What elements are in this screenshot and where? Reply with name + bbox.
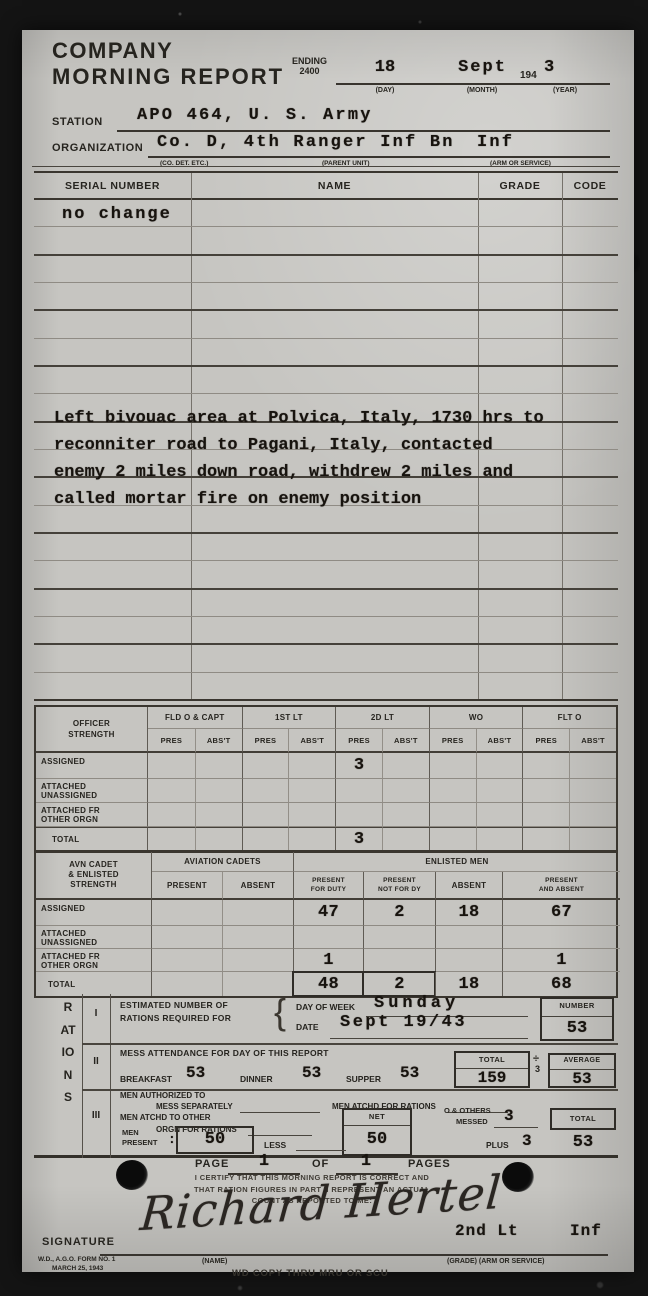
officer-cell (476, 779, 523, 803)
officer-cell (382, 803, 429, 827)
officer-sub-abst: ABS'T (569, 729, 616, 753)
rations-section: RATIONS I II III ESTIMATED NUMBER OF RAT… (34, 994, 618, 1158)
rations-vertical-label: RATIONS (60, 996, 76, 1109)
estimated-rations-l2: RATIONS REQUIRED FOR (120, 1013, 231, 1023)
date-value: Sept 19/43 (340, 1013, 467, 1032)
officer-cell (242, 779, 289, 803)
col-pa-l1: PRESENT (545, 876, 578, 885)
form-number: W.D., A.G.O. FORM NO. 1 (38, 1256, 115, 1263)
enlisted-row-label-total: TOTAL (36, 972, 152, 996)
officer-cell (242, 753, 289, 779)
officer-cell (429, 753, 476, 779)
officer-cell (429, 779, 476, 803)
officer-cell (569, 753, 616, 779)
average-box: AVERAGE 53 (548, 1053, 616, 1088)
enlisted-corner-l2: & ENLISTED (68, 870, 119, 880)
station-label: STATION (52, 116, 103, 128)
officer-sub-abst: ABS'T (195, 729, 242, 753)
estimated-rations-l1: ESTIMATED NUMBER OF (120, 1000, 228, 1010)
officer-corner-l2: STRENGTH (68, 729, 114, 740)
roster-header-code: CODE (562, 173, 618, 198)
enlisted-row-label-assigned: ASSIGNED (36, 900, 152, 926)
roster-table: SERIAL NUMBER NAME GRADE CODE (34, 171, 618, 701)
narrative-line-3: enemy 2 miles down road, withdrew 2 mile… (54, 463, 513, 482)
number-label: NUMBER (542, 999, 612, 1017)
others-value: 3 (504, 1107, 514, 1125)
officer-cell-total-2dlt-pres: 3 (335, 827, 382, 851)
enlisted-cell (152, 926, 222, 949)
enlisted-cell-assigned-pnfd: 2 (363, 900, 435, 926)
officer-row-label-attached-fr: ATTACHED FR OTHER ORGN (36, 803, 148, 827)
ending-label: ENDING (292, 56, 327, 66)
mess-separately-line (240, 1112, 320, 1113)
station-value: APO 464, U. S. Army (137, 106, 373, 125)
officer-cell (429, 803, 476, 827)
officer-cell (288, 779, 335, 803)
officer-cell (522, 779, 569, 803)
officer-group-flt-o: FLT O (522, 707, 616, 729)
officer-cell (195, 779, 242, 803)
authorized-mess-l1: MEN AUTHORIZED TO (120, 1091, 205, 1100)
roster-row (34, 645, 618, 672)
roster-header-serial: SERIAL NUMBER (34, 173, 191, 198)
mess-attendance-title: MESS ATTENDANCE FOR DAY OF THIS REPORT (120, 1048, 329, 1058)
ending-2400-label: ENDING 2400 (292, 56, 327, 76)
officer-group-1st-lt: 1ST LT (242, 707, 336, 729)
supper-label: SUPPER (346, 1074, 381, 1084)
officer-cell (288, 803, 335, 827)
number-value: 53 (542, 1017, 612, 1038)
rations-total-value: 53 (550, 1133, 616, 1152)
rations-vline-2 (110, 994, 111, 1158)
narrative-line-4: called mortar fire on enemy position (54, 490, 421, 509)
men-present-l2: PRESENT (122, 1138, 157, 1147)
scanned-morning-report: COMPANY MORNING REPORT ENDING 2400 18 (D… (0, 0, 648, 1296)
officer-cell (335, 803, 382, 827)
enlisted-cell-total-absent: 18 (435, 972, 502, 996)
less-line (296, 1150, 346, 1151)
roster-row (34, 283, 618, 311)
rations-hline-1 (82, 1043, 618, 1045)
section-numeral-iii: III (82, 1110, 110, 1121)
breakfast-value: 53 (186, 1064, 205, 1082)
lbl-l2: UNASSIGNED (41, 938, 97, 947)
atchd-other-l1: MEN ATCHD TO OTHER (120, 1113, 211, 1122)
officer-cell (569, 827, 616, 851)
roster-row (34, 561, 618, 589)
punch-hole-left (116, 1160, 148, 1190)
page-number: 1 (234, 1152, 294, 1171)
col-pnfd-l1: PRESENT (383, 876, 416, 885)
plus-value: 3 (522, 1132, 532, 1150)
day-of-week-value: Sunday (374, 994, 459, 1013)
mess-total-box: TOTAL 159 (454, 1051, 530, 1088)
officer-cell (522, 753, 569, 779)
atchd-other-line (248, 1135, 312, 1136)
roster-row (34, 590, 618, 617)
officer-corner-label: OFFICER STRENGTH (36, 707, 148, 753)
roster-row (34, 367, 618, 394)
signature-grade: 2nd Lt (455, 1222, 519, 1240)
others-line (494, 1127, 538, 1128)
year-underline (517, 83, 610, 85)
day-of-week-label: DAY OF WEEK (296, 1002, 355, 1012)
enlisted-cell-assigned-absent: 18 (435, 900, 502, 926)
signature-line (100, 1254, 608, 1256)
enlisted-cell-total-pfd: 48 (293, 972, 363, 996)
officer-cell (148, 803, 195, 827)
mess-total-value: 159 (456, 1069, 528, 1087)
officer-sub-pres: PRES (335, 729, 382, 753)
enlisted-cell (435, 926, 502, 949)
average-label: AVERAGE (550, 1055, 614, 1070)
section-numeral-i: I (82, 1008, 110, 1019)
enlisted-corner-l3: STRENGTH (70, 880, 116, 890)
breakfast-label: BREAKFAST (120, 1074, 172, 1084)
officer-row-label-assigned: ASSIGNED (36, 753, 148, 779)
group-enlisted-men: ENLISTED MEN (293, 852, 620, 872)
col-av-present: PRESENT (152, 872, 222, 900)
roster-header-grade: GRADE (478, 173, 562, 198)
enlisted-cell-assigned-pfd: 47 (293, 900, 363, 926)
officer-cell (476, 827, 523, 851)
roster-row (34, 339, 618, 367)
col-pnfd-l2: NOT FOR DY (378, 885, 421, 894)
lbl-l2: OTHER ORGN (41, 961, 98, 970)
officer-cell-2dlt-pres: 3 (335, 753, 382, 779)
year-prefix: 194 (520, 70, 537, 81)
enlisted-cell (363, 949, 435, 972)
officer-sub-pres: PRES (148, 729, 195, 753)
narrative-line-1: Left bivouac area at Polvica, Italy, 173… (54, 409, 544, 428)
supper-value: 53 (400, 1064, 419, 1082)
dinner-value: 53 (302, 1064, 321, 1082)
enlisted-cell (222, 949, 293, 972)
date-line (330, 1038, 528, 1039)
copy-routing-note: WD COPY THRU MRU OR SCU (232, 1268, 389, 1279)
report-day-value: 18 (340, 58, 430, 77)
enlisted-cell-total-pa: 68 (502, 972, 620, 996)
officer-sub-pres: PRES (522, 729, 569, 753)
officer-cell (242, 827, 289, 851)
enlisted-cell-total-pnfd: 2 (363, 972, 435, 996)
officer-cell (476, 803, 523, 827)
officer-row-label-total: TOTAL (36, 827, 148, 851)
ending-value: 2400 (292, 66, 327, 76)
officer-sub-pres: PRES (429, 729, 476, 753)
net-box: NET 50 (342, 1108, 412, 1156)
signature-arm: Inf (570, 1222, 602, 1240)
number-box: NUMBER 53 (540, 997, 614, 1041)
officer-group-wo: WO (429, 707, 523, 729)
officer-cell (195, 803, 242, 827)
roster-row (34, 673, 618, 699)
enlisted-cell (222, 926, 293, 949)
pages-number: 1 (338, 1152, 394, 1171)
men-present-box: 50 (176, 1126, 254, 1154)
officer-cell (569, 803, 616, 827)
officer-cell (569, 779, 616, 803)
organization-unit-value: Co. D, 4th Ranger Inf Bn (157, 133, 455, 152)
lbl-l2: OTHER ORGN (41, 815, 98, 824)
officer-cell (242, 803, 289, 827)
col-pfd-l1: PRESENT (312, 876, 345, 885)
enlisted-cell-attfr-pa: 1 (502, 949, 620, 972)
enlisted-cell (222, 900, 293, 926)
year-sublabel: (YEAR) (520, 87, 610, 94)
form-paper: COMPANY MORNING REPORT ENDING 2400 18 (D… (22, 30, 634, 1272)
station-underline (117, 130, 610, 132)
officer-cell (382, 827, 429, 851)
roster-row (34, 534, 618, 561)
roster-header-row: SERIAL NUMBER NAME GRADE CODE (34, 173, 618, 200)
net-value: 50 (344, 1126, 410, 1149)
col-present-not-for-dy: PRESENT NOT FOR DY (363, 872, 435, 900)
men-present-colon: : (168, 1132, 176, 1147)
men-present-value: 50 (178, 1128, 252, 1149)
officer-cell (335, 779, 382, 803)
day-underline (336, 83, 434, 85)
rations-total-label: TOTAL (552, 1110, 614, 1123)
men-present-l1: MEN (122, 1128, 139, 1137)
section-numeral-ii: II (82, 1056, 110, 1067)
narrative-line-2: reconniter road to Pagani, Italy, contac… (54, 436, 493, 455)
enlisted-strength-table: AVN CADET & ENLISTED STRENGTH AVIATION C… (34, 850, 618, 998)
net-label: NET (344, 1110, 410, 1126)
authorized-mess-l2: MESS SEPARATELY (156, 1102, 233, 1111)
roster-row (34, 506, 618, 534)
roster-row (34, 227, 618, 255)
others-l1: O & OTHERS (444, 1106, 491, 1115)
officer-cell (148, 827, 195, 851)
officer-cell (382, 779, 429, 803)
officer-sub-abst: ABS'T (382, 729, 429, 753)
officer-row-label-attached-unassigned: ATTACHED UNASSIGNED (36, 779, 148, 803)
date-label: DATE (296, 1022, 319, 1032)
officer-cell (382, 753, 429, 779)
officer-cell (288, 827, 335, 851)
roster-entry-no-change: no change (62, 205, 172, 224)
col-present-for-duty: PRESENT FOR DUTY (293, 872, 363, 900)
grade-arm-sublabel: (GRADE) (ARM OR SERVICE) (447, 1258, 544, 1265)
lbl-l2: UNASSIGNED (41, 791, 97, 800)
roster-row (34, 311, 618, 338)
officer-cell (476, 753, 523, 779)
page-label: PAGE (195, 1158, 229, 1170)
officer-sub-abst: ABS'T (288, 729, 335, 753)
organization-arm-value: Inf (477, 133, 514, 152)
day-sublabel: (DAY) (336, 87, 434, 94)
enlisted-row-label-attached-fr: ATTACHED FR OTHER ORGN (36, 949, 152, 972)
enlisted-cell (293, 926, 363, 949)
divisor: 3 (535, 1064, 540, 1074)
organization-underline (148, 156, 610, 158)
officer-cell (195, 827, 242, 851)
officer-cell (195, 753, 242, 779)
organization-label: ORGANIZATION (52, 142, 143, 154)
officer-group-fldo-capt: FLD O & CAPT (148, 707, 242, 729)
of-label: OF (312, 1158, 329, 1170)
mess-total-label: TOTAL (456, 1053, 528, 1069)
col-present-and-absent: PRESENT AND ABSENT (502, 872, 620, 900)
officer-cell (288, 753, 335, 779)
enlisted-cell (363, 926, 435, 949)
rations-total-box: TOTAL (550, 1108, 616, 1130)
officer-cell (522, 803, 569, 827)
average-value: 53 (550, 1070, 614, 1088)
col-av-absent: ABSENT (222, 872, 293, 900)
enlisted-cell (435, 949, 502, 972)
others-l2: MESSED (456, 1117, 488, 1126)
form-title-line1: COMPANY (52, 38, 173, 64)
officer-sub-abst: ABS'T (476, 729, 523, 753)
officer-cell (148, 779, 195, 803)
enlisted-cell (152, 900, 222, 926)
roster-header-name: NAME (191, 173, 478, 198)
officer-strength-table: OFFICER STRENGTH FLD O & CAPT 1ST LT 2D … (34, 705, 618, 853)
name-sublabel: (NAME) (202, 1258, 227, 1265)
punch-hole-right (502, 1162, 534, 1192)
report-year-value: 3 (544, 58, 554, 77)
roster-row (34, 256, 618, 283)
enlisted-cell-assigned-pa: 67 (502, 900, 620, 926)
officer-cell (429, 827, 476, 851)
col-pa-l2: AND ABSENT (539, 885, 584, 894)
enlisted-cell (152, 949, 222, 972)
month-sublabel: (MONTH) (432, 87, 532, 94)
enlisted-cell (152, 972, 222, 996)
enlisted-corner-label: AVN CADET & ENLISTED STRENGTH (36, 852, 152, 900)
enlisted-cell (502, 926, 620, 949)
enlisted-row-label-attached-unassigned: ATTACHED UNASSIGNED (36, 926, 152, 949)
officer-cell (148, 753, 195, 779)
dinner-label: DINNER (240, 1074, 273, 1084)
form-date: MARCH 25, 1943 (52, 1265, 103, 1272)
roster-top-rule (32, 166, 620, 167)
officer-corner-l1: OFFICER (73, 718, 110, 729)
brace-glyph: { (274, 991, 286, 1033)
officer-group-2d-lt: 2D LT (335, 707, 429, 729)
officer-cell (522, 827, 569, 851)
plus-label: PLUS (486, 1140, 509, 1150)
less-label: LESS (264, 1140, 286, 1150)
form-title-line2: MORNING REPORT (52, 64, 284, 90)
roster-row (34, 617, 618, 645)
enlisted-cell-attfr-pfd: 1 (293, 949, 363, 972)
report-month-value: Sept (435, 58, 530, 77)
signature-label: SIGNATURE (42, 1236, 115, 1248)
group-aviation-cadets: AVIATION CADETS (152, 852, 293, 872)
col-absent: ABSENT (435, 872, 502, 900)
officer-sub-pres: PRES (242, 729, 289, 753)
col-pfd-l2: FOR DUTY (311, 885, 347, 894)
enlisted-corner-l1: AVN CADET (69, 860, 118, 870)
